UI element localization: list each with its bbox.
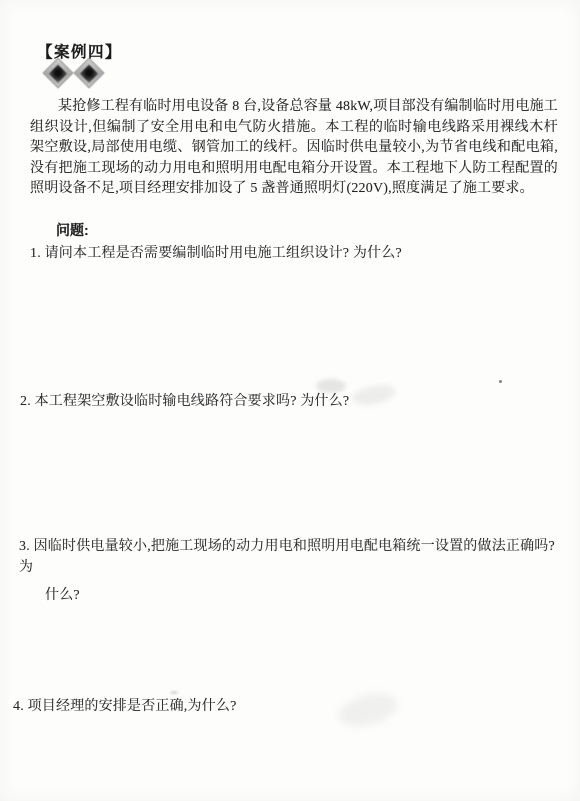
question-3: 3. 因临时供电量较小,把施工现场的动力用电和照明用电配电箱统一设置的做法正确吗… — [19, 536, 571, 606]
scanned-document-page: 【案例四】 某抢修工程有临时用电设备 8 台,设备总容量 48kW,项目部没有编… — [0, 0, 580, 801]
case-title: 【案例四】 — [37, 40, 122, 62]
diamond-ornament-icon — [73, 57, 104, 88]
section-ornament — [47, 62, 100, 84]
questions-heading: 问题: — [56, 220, 89, 240]
question-3-line-1: 3. 因临时供电量较小,把施工现场的动力用电和照明用电配电箱统一设置的做法正确吗… — [19, 536, 571, 578]
diamond-ornament-icon — [42, 57, 73, 88]
question-2: 2. 本工程架空敷设临时输电线路符合要求吗? 为什么? — [20, 391, 349, 412]
question-3-line-2: 什么? — [45, 585, 571, 606]
scan-smudge — [351, 382, 398, 409]
scan-smudge — [170, 691, 178, 694]
question-1: 1. 请问本工程是否需要编制临时用电施工组织设计? 为什么? — [30, 243, 402, 264]
diamond-core — [49, 64, 67, 82]
question-4: 4. 项目经理的安排是否正确,为什么? — [13, 696, 237, 717]
scan-smudge — [335, 688, 401, 733]
scan-dot — [499, 380, 502, 383]
diamond-core — [80, 64, 98, 82]
case-background-paragraph: 某抢修工程有临时用电设备 8 台,设备总容量 48kW,项目部没有编制临时用电施… — [30, 97, 558, 200]
